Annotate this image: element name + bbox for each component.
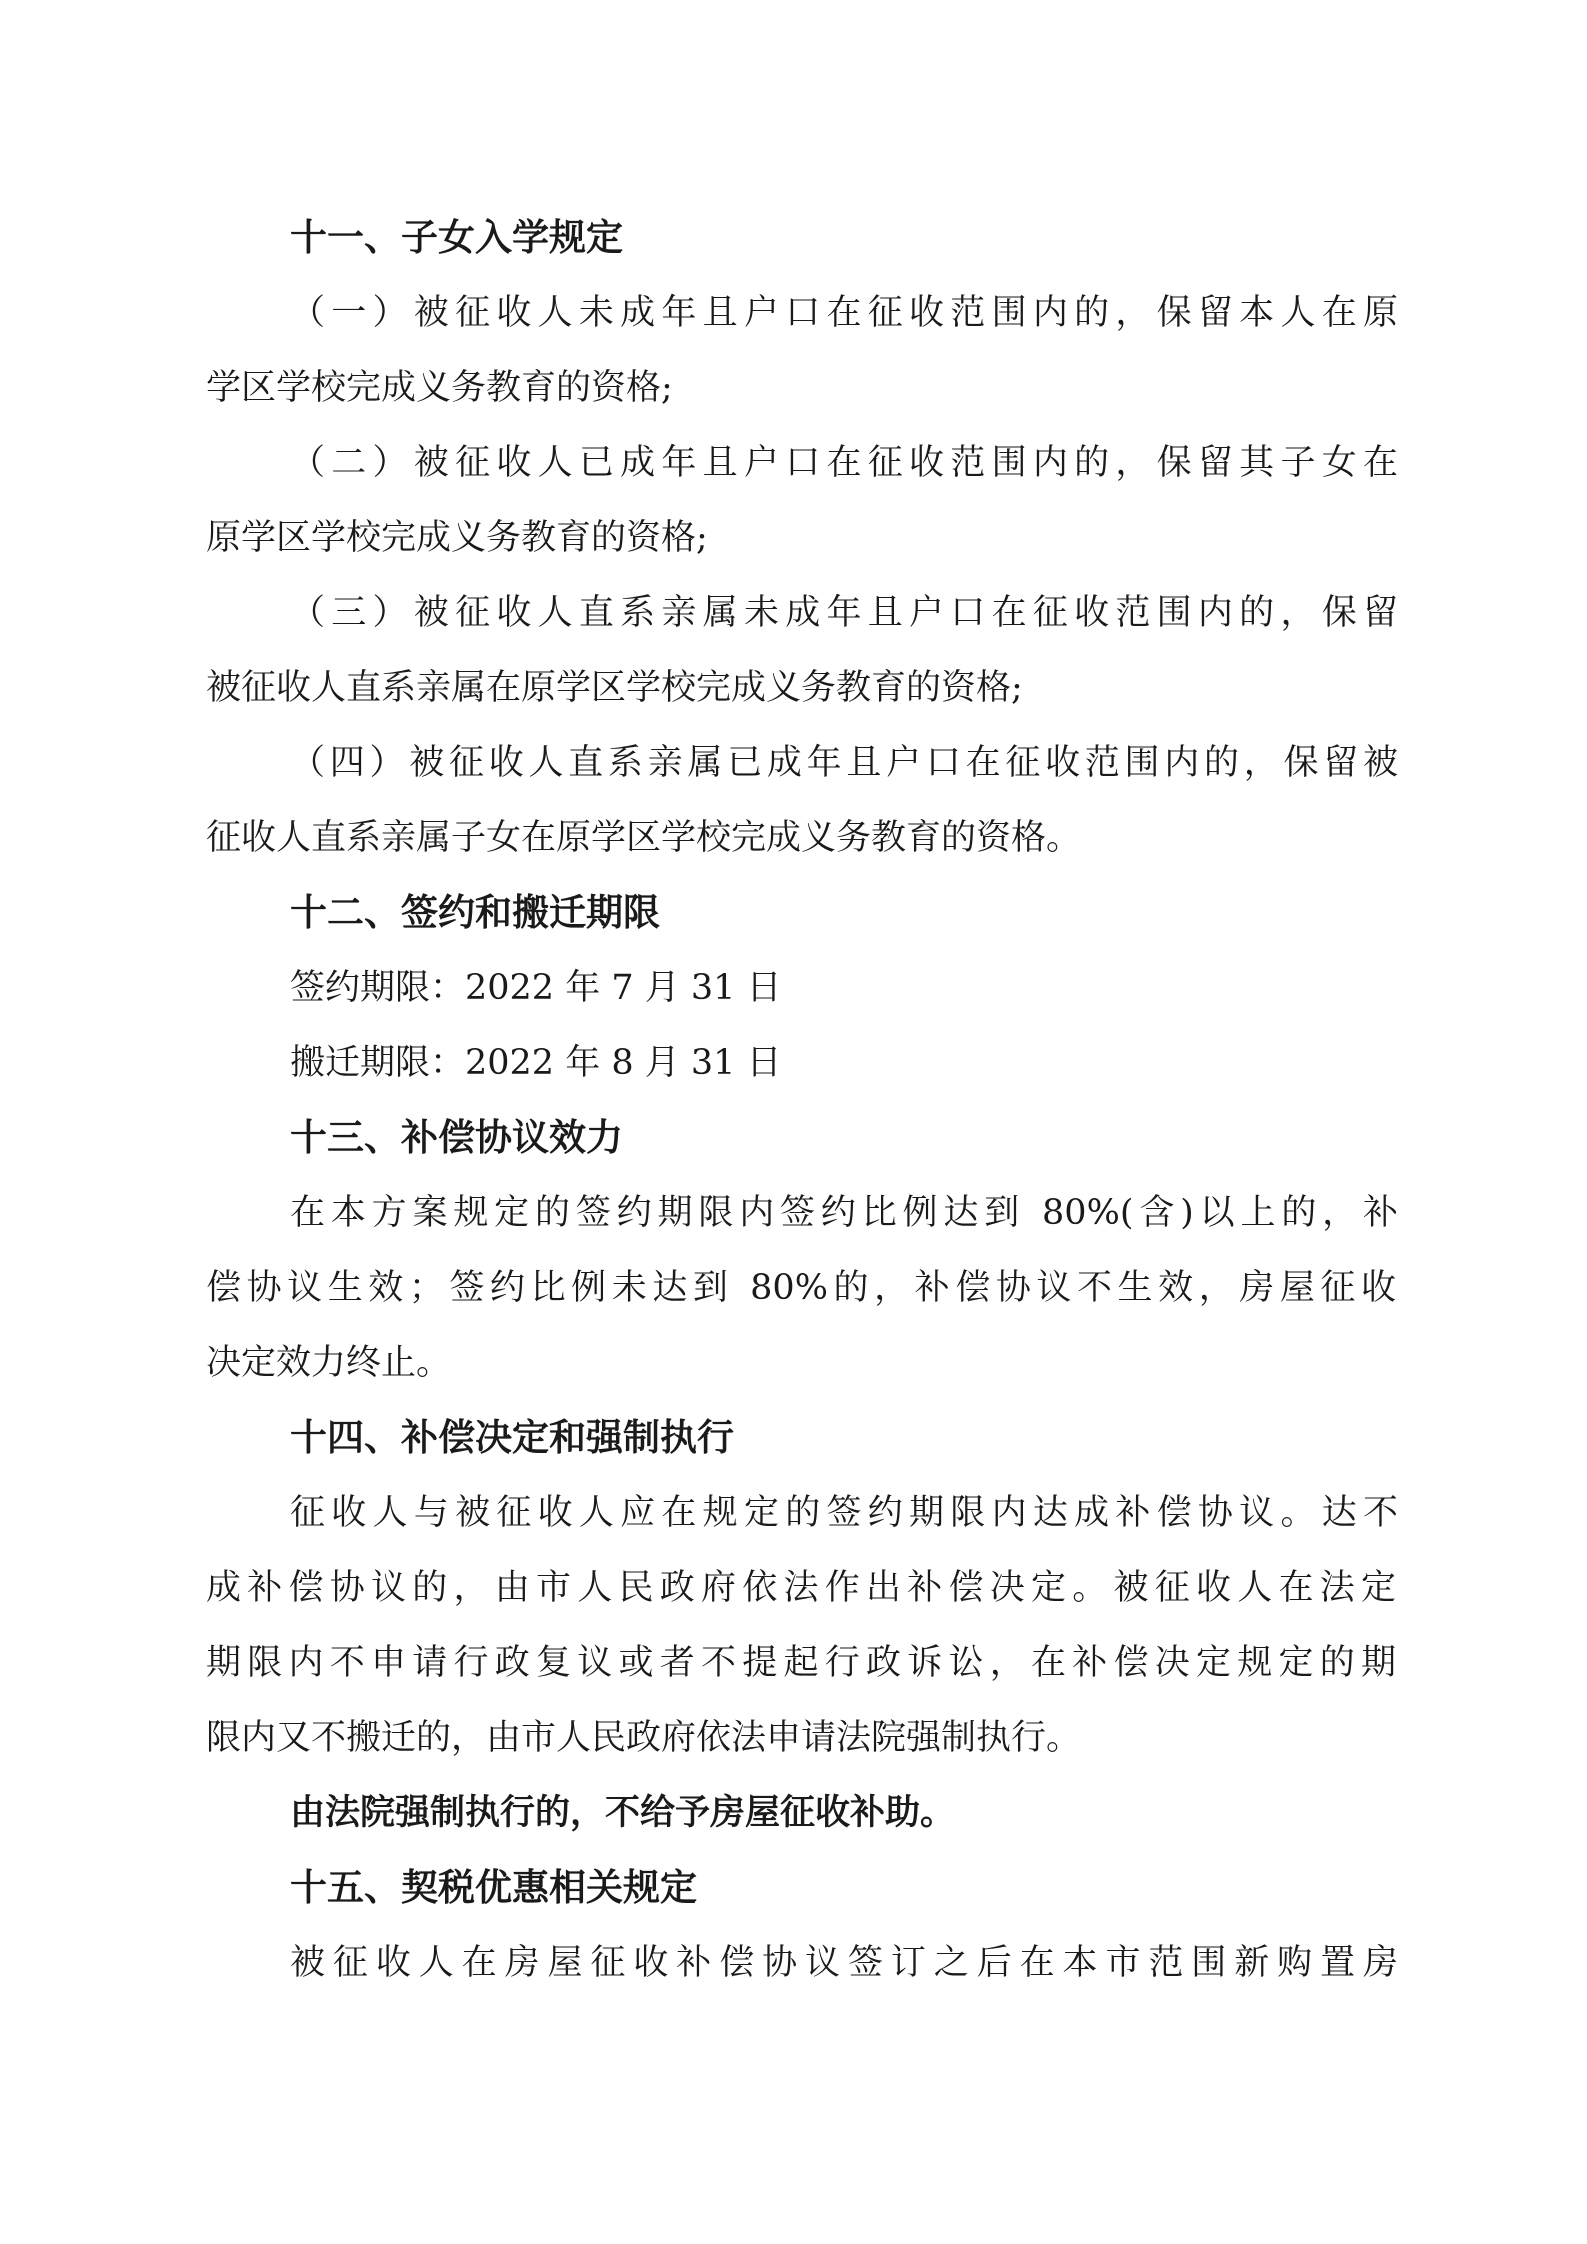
bold-notice: 由法院强制执行的，不给予房屋征收补助。 (290, 1793, 955, 1833)
paragraph-line: （一）被征收人未成年且户口在征收范围内的，保留本人在原 (290, 293, 1398, 333)
paragraph-line: 期限内不申请行政复议或者不提起行政诉讼，在补偿决定规定的期 (206, 1643, 1396, 1683)
paragraph-line: 征收人与被征收人应在规定的签约期限内达成补偿协议。达不 (290, 1493, 1398, 1533)
paragraph-line: 偿协议生效；签约比例未达到 80%的，补偿协议不生效，房屋征收 (206, 1268, 1396, 1308)
section-heading-13: 十三、补偿协议效力 (290, 1118, 623, 1158)
paragraph-line: 征收人直系亲属子女在原学区学校完成义务教育的资格。 (206, 818, 1081, 858)
paragraph-line: 学区学校完成义务教育的资格; (206, 368, 673, 408)
paragraph-line: 在本方案规定的签约期限内签约比例达到 80%(含)以上的，补 (290, 1193, 1398, 1233)
paragraph-line: 决定效力终止。 (206, 1343, 451, 1383)
paragraph-line: 限内又不搬迁的，由市人民政府依法申请法院强制执行。 (206, 1718, 1081, 1758)
section-heading-12: 十二、签约和搬迁期限 (290, 893, 660, 933)
paragraph-line: （三）被征收人直系亲属未成年且户口在征收范围内的，保留 (290, 593, 1398, 633)
paragraph-line: （四）被征收人直系亲属已成年且户口在征收范围内的，保留被 (290, 743, 1398, 783)
section-heading-11: 十一、子女入学规定 (290, 218, 623, 258)
signing-deadline: 签约期限：2022 年 7 月 31 日 (290, 968, 782, 1008)
paragraph-line: （二）被征收人已成年且户口在征收范围内的，保留其子女在 (290, 443, 1398, 483)
paragraph-line: 被征收人在房屋征收补偿协议签订之后在本市范围新购置房 (290, 1943, 1398, 1983)
section-heading-15: 十五、契税优惠相关规定 (290, 1868, 697, 1908)
section-heading-14: 十四、补偿决定和强制执行 (290, 1418, 734, 1458)
paragraph-line: 成补偿协议的，由市人民政府依法作出补偿决定。被征收人在法定 (206, 1568, 1396, 1608)
paragraph-line: 被征收人直系亲属在原学区学校完成义务教育的资格; (206, 668, 1023, 708)
paragraph-line: 原学区学校完成义务教育的资格; (206, 518, 708, 558)
relocation-deadline: 搬迁期限：2022 年 8 月 31 日 (290, 1043, 782, 1083)
